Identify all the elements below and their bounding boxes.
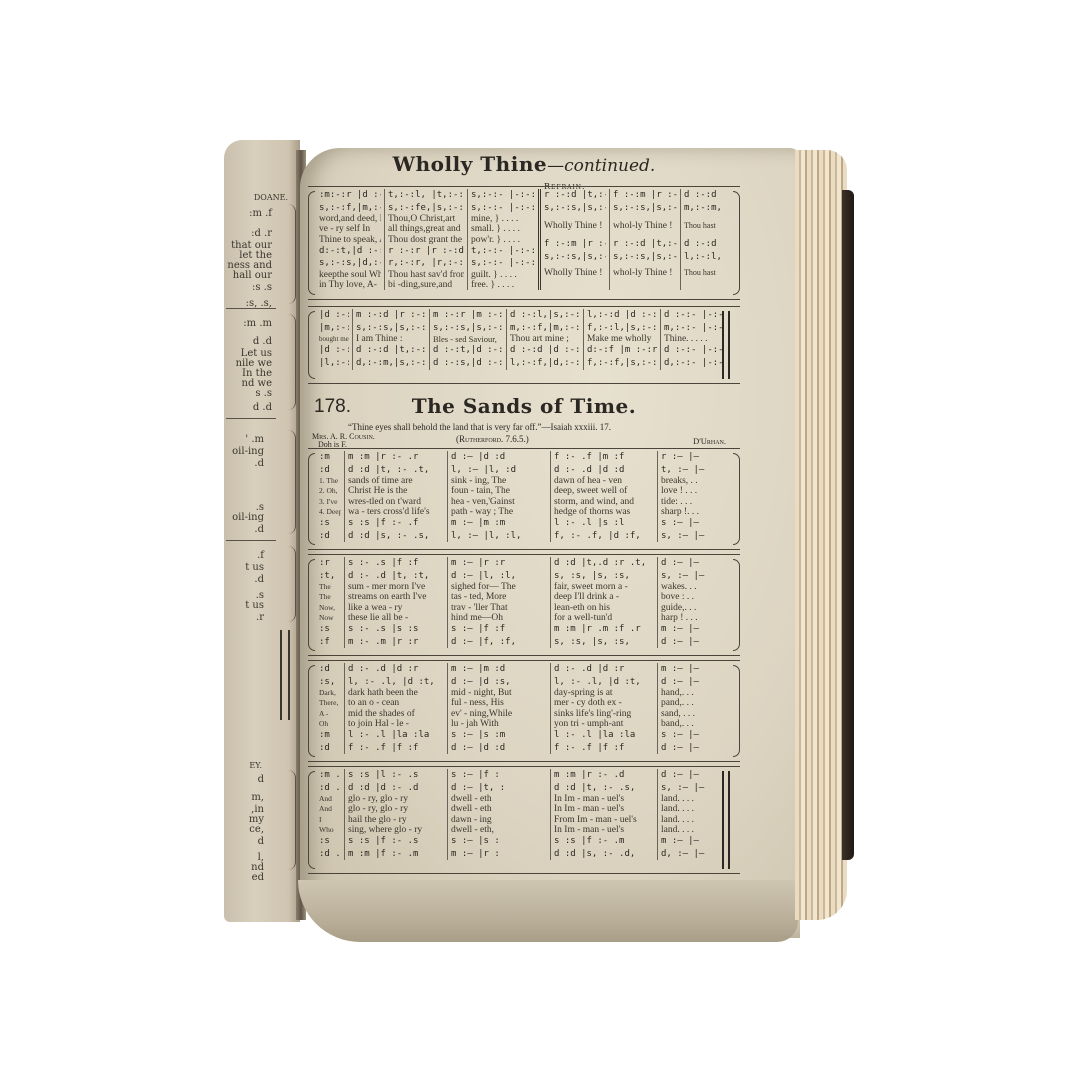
solfa-line: m,:-:- |-:-:- [664, 322, 724, 335]
solfa-line: s :— |— [661, 729, 723, 742]
lyric-line: Oh [319, 719, 341, 729]
lyric-line: deep, sweet well of [554, 486, 654, 496]
solfa-line: s,:-:s,|s,:-:- [544, 202, 606, 215]
solfa-line: d :— |d :d [451, 742, 547, 755]
lyric-line: foun - tain, The [451, 486, 547, 496]
solfa-line: f, :- .f, |d :f, [554, 530, 654, 543]
solfa-line: s, :s, |s, :s, [554, 570, 654, 583]
lyric-line: guilt. } . . . . [471, 270, 535, 280]
solfa-line: d :-:- |-:-:- [664, 344, 724, 357]
solfa-line: f :- .f |f :f [348, 742, 444, 755]
lyric-line: mer - cy doth ex - [554, 698, 654, 708]
solfa-line: f,:-:f,|s,:-:s, [587, 357, 657, 370]
left-line: m, [251, 792, 264, 803]
solfa-line: d :-:t,|d :-:t, [433, 344, 503, 357]
solfa-line: l,:-:d |d :-:t, [587, 309, 657, 322]
solfa-line: d :- .d |d :r [348, 663, 444, 676]
solfa-line: d :- .d |t, :t, [348, 570, 444, 583]
lyric-line: dwell - eth, [451, 825, 547, 835]
continued-title-row: Wholly Thine—continued. [308, 152, 740, 186]
lyric-line: 3. I've [319, 497, 341, 507]
lyric-line: land. . . . [661, 815, 715, 825]
lyric-line: In Im - man - uel's [554, 794, 654, 804]
lyric-line: sand, . . . [661, 709, 723, 719]
solfa-line: s :— |f : [451, 769, 547, 782]
lyric-line: small. } . . . . [471, 224, 535, 234]
book-cover-edge [842, 190, 854, 860]
solfa-line: :d .r [319, 848, 341, 861]
lyric-line: dwell - eth [451, 794, 547, 804]
lyric-line: in Thy love, A- [319, 280, 381, 290]
measure-column: d :— |d :d l, :— |l, :d sink - ing, The … [448, 451, 551, 542]
lyric-line: mine, } . . . . [471, 214, 535, 224]
solfa-line: s :— |s :m [451, 729, 547, 742]
solfa-line: d:-:f |m :-:r [587, 344, 657, 357]
brace-right [733, 559, 740, 651]
left-composer: DOANE. [254, 192, 288, 203]
solfa-line: s,:-:fe,|s,:-:fe, [388, 202, 464, 215]
lyric-line: land. . . . [661, 794, 715, 804]
left-line: d .d [253, 402, 272, 413]
lyric-line: Dark, [319, 688, 341, 698]
lyric-line: love ! . . . [661, 486, 723, 496]
lyric-line: hea - ven,'Gainst [451, 497, 547, 507]
solfa-line: m :m |r :- .d [554, 769, 654, 782]
measure-column: d :-:l,|s,:-:- m,:-:f,|m,:-:- Thou art m… [507, 309, 584, 370]
solfa-line: |d :-:r [319, 309, 349, 322]
lyric-line: mid the shades of [348, 709, 444, 719]
solfa-line: t,:-:l, |t,:-:l, [388, 189, 464, 202]
continued-suffix: —continued. [547, 156, 655, 176]
solfa-line: s,:-:s,|s,:-:- [356, 322, 426, 335]
solfa-line: l :- .l |la :la [554, 729, 654, 742]
solfa-line: f :- .f |m :f [554, 451, 654, 464]
lyric-line: ful - ness, His [451, 698, 547, 708]
lyric-line: to join Hal - le - [348, 719, 444, 729]
solfa-line: f :-:m |r :-:- [613, 189, 677, 202]
score-system-178-2: :r :t, The The Now, Now :s :f s :- .s |f… [308, 554, 740, 656]
solfa-line: d :d |t,.d :r .t, [554, 557, 654, 570]
lyric-line: guide,. . . [661, 603, 723, 613]
solfa-line: d :-:- |-:-:- [664, 309, 724, 322]
lyric-line: 2. Oh, [319, 486, 341, 496]
solfa-line: :d [319, 464, 341, 477]
lyric-line: Thou dost grant the [388, 235, 464, 245]
continued-title: Wholly Thine [393, 152, 547, 176]
solfa-line: m :— |m :d [451, 663, 547, 676]
solfa-line: d :d |t, :- .s, [554, 782, 654, 795]
solfa-line: d,:-:m,|s,:-:- [356, 357, 426, 370]
solfa-line: :t, [319, 570, 341, 583]
measure-column: f :-:m |r :-:- s,:-:s,|s,:-:f, whol-ly T… [610, 189, 681, 290]
lyric-line: tas - ted, More [451, 592, 547, 602]
measure-column: m :— |r :r d :— |l, :l, sighed for— The … [448, 557, 551, 648]
lyric-line: Thou hast [684, 263, 724, 283]
final-barline [722, 311, 730, 379]
solfa-line: s :— |f :f [451, 623, 547, 636]
solfa-line: m :m |f :- .m [348, 848, 444, 861]
lyric-line: hedge of thorns was [554, 507, 654, 517]
measure-column: m :-:r |m :-:r s,:-:s,|s,:-:f, Bles - se… [430, 309, 507, 370]
measure-column: :r :t, The The Now, Now :s :f [316, 557, 345, 648]
lyric-line: keepthe soul Which [319, 270, 381, 280]
lyric-line: whol-ly Thine ! [613, 263, 677, 283]
solfa-line: l, :- .l, |d :t, [348, 676, 444, 689]
system-grid: :r :t, The The Now, Now :s :f s :- .s |f… [308, 555, 740, 650]
lyric-line: dark hath been the [348, 688, 444, 698]
measure-column: m :— |— d :— |— hand,. . . pand,. . . sa… [658, 663, 726, 754]
lyric-line: sighed for— The [451, 582, 547, 592]
left-divider [226, 418, 276, 419]
measure-column: t,:-:l, |t,:-:l, s,:-:fe,|s,:-:fe, Thou,… [385, 189, 468, 290]
solfa-line: s :s |f :- .m [554, 835, 654, 848]
lyric-line: dawn - ing [451, 815, 547, 825]
lyric-line: tide: . . . [661, 497, 723, 507]
lyric-line: wa - ters cross'd life's [348, 507, 444, 517]
lyric-line: free. } . . . . [471, 280, 535, 290]
solfa-line: d :— |f, :f, [451, 636, 547, 649]
brace-right [733, 191, 740, 295]
system-grid: :d :s, Dark, There, A - Oh :m :d d :- .d… [308, 661, 740, 756]
solfa-line: :s [319, 623, 341, 636]
solfa-line: l :- .l |s :l [554, 517, 654, 530]
solfa-line: m :-:d |r :-:- [356, 309, 426, 322]
brace-left [308, 453, 315, 545]
lyric-line: band,. . . [661, 719, 723, 729]
lyric-line: And [319, 804, 341, 814]
solfa-line: :r [319, 557, 341, 570]
score-system-wholly-thine-1: :m:-:r |d :-:d s,:-:f,|m,:-:s, word,and … [308, 186, 740, 300]
solfa-line: :m [319, 451, 341, 464]
left-score-block-4 [259, 546, 296, 622]
lyric-line: 4. Deep [319, 507, 341, 517]
lyric-line: bought me, [319, 334, 349, 344]
solfa-line: s, :s, |s, :s, [554, 636, 654, 649]
solfa-line: d :- .d |d :r [554, 663, 654, 676]
left-line: :m .m [243, 318, 272, 329]
left-line: ed [252, 872, 264, 883]
brace-right [733, 665, 740, 757]
left-score-block-5 [259, 770, 296, 870]
measure-column: m :m |r :- .r d :d |t, :- .t, sands of t… [345, 451, 448, 542]
lyric-line: land. . . . [661, 804, 715, 814]
lyric-line: bi -ding,sure,and [388, 280, 464, 290]
solfa-line: s,:-:f,|m,:-:s, [319, 202, 381, 215]
solfa-line: m,:-:f,|m,:-:- [510, 322, 580, 335]
lyric-line: lu - jah With [451, 719, 547, 729]
solfa-line: s,:-:- |-:-:- [471, 189, 535, 202]
lyric-line: sands of time are [348, 476, 444, 486]
score-system-wholly-thine-2: |d :-:r |m,:-:s, bought me, |d :-:t, |l,… [308, 306, 740, 384]
measure-column: d :-:- |-:-:- m,:-:- |-:-:- Thine. . . .… [661, 309, 727, 370]
lyric-line: Who [319, 825, 341, 835]
lyric-line: yon tri - umph-ant [554, 719, 654, 729]
solfa-line: :f [319, 636, 341, 649]
measure-column: :d :s, Dark, There, A - Oh :m :d [316, 663, 345, 754]
brace-right [733, 453, 740, 545]
solfa-line: s, :— |— [661, 782, 715, 795]
solfa-line: :m:-:r |d :-:d [319, 189, 381, 202]
solfa-line: d :d |d :- .d [348, 782, 444, 795]
solfa-line: :d [319, 530, 341, 543]
lyric-line: Thou,O Christ,art [388, 214, 464, 224]
solfa-line: r :-:d |t,:-:- [544, 189, 606, 202]
solfa-line: l, :- .l, |d :t, [554, 676, 654, 689]
lyric-line: The [319, 582, 341, 592]
solfa-line: m :— |m :m [451, 517, 547, 530]
solfa-line: s,:-:- |-:-:- [471, 257, 535, 270]
left-score-block-3 [259, 430, 296, 534]
lyric-line: dwell - eth [451, 804, 547, 814]
solfa-line: l,:-:l, [684, 251, 724, 264]
lyric-line: Wholly Thine ! [544, 263, 606, 283]
lyric-line: whol-ly Thine ! [613, 214, 677, 238]
lyric-line: 1. The [319, 476, 341, 486]
lyric-line: Thou hast [684, 214, 724, 238]
lyric-line: path - way ; The [451, 507, 547, 517]
solfa-line: :s [319, 835, 341, 848]
measure-column: m :-:d |r :-:- s,:-:s,|s,:-:- I am Thine… [353, 309, 430, 370]
solfa-line: d :— |l, :l, [451, 570, 547, 583]
solfa-line: |m,:-:s, [319, 322, 349, 335]
lyric-line: day-spring is at [554, 688, 654, 698]
left-divider [226, 308, 276, 309]
solfa-line: d :-:d |d :-:- [510, 344, 580, 357]
lyric-line: Thine to speak, As [319, 235, 381, 245]
measure-column: d :-:d m,:-:m, Thou hast d :-:d l,:-:l, … [681, 189, 727, 290]
measure-column: m :— |m :d d :— |d :s, mid - night, But … [448, 663, 551, 754]
lyric-line: wres-tled on t'ward [348, 497, 444, 507]
measure-column: d :- .d |d :r l, :- .l, |d :t, dark hath… [345, 663, 448, 754]
score-system-178-1: :m :d 1. The 2. Oh, 3. I've 4. Deep :s :… [308, 448, 740, 550]
lyric-line: I am Thine : [356, 334, 426, 344]
lyric-line: sinks life's ling'-ring [554, 709, 654, 719]
lyric-line: for a well-tun'd [554, 613, 654, 623]
measure-column: d :— |— s, :— |— wakes. . . bove : . . g… [658, 557, 726, 648]
solfa-line: s :— |s : [451, 835, 547, 848]
left-line: hall our [233, 270, 272, 281]
measure-column: r :-:d |t,:-:- s,:-:s,|s,:-:- Wholly Thi… [541, 189, 610, 290]
system-grid: :m .f :d .t, And And I Who :s :d .r s :s… [308, 767, 740, 862]
lyric-line: In Im - man - uel's [554, 804, 654, 814]
lyric-line: wakes. . . [661, 582, 723, 592]
system-grid: |d :-:r |m,:-:s, bought me, |d :-:t, |l,… [308, 307, 740, 372]
solfa-line: d :-:d [684, 238, 724, 251]
solfa-line: s :s |l :- .s [348, 769, 444, 782]
solfa-line: m :— |r : [451, 848, 547, 861]
brace-left [308, 191, 315, 295]
lyric-line: mid - night, But [451, 688, 547, 698]
lyric-line: Bles - sed Saviour, [433, 334, 503, 344]
solfa-line: d :— |— [661, 636, 723, 649]
lyric-line: sharp !. . . [661, 507, 723, 517]
solfa-line: d :d |s, :- .d, [554, 848, 654, 861]
measure-column: r :— |— t, :— |— breaks, . . love ! . . … [658, 451, 726, 542]
lyric-line: storm, and wind, and [554, 497, 654, 507]
left-line: :s .s [252, 282, 272, 293]
lyric-line: bove : . . [661, 592, 723, 602]
solfa-line: d :- .d |d :d [554, 464, 654, 477]
solfa-line: :s, [319, 676, 341, 689]
solfa-line: d :— |— [661, 769, 715, 782]
tune-name: (Rutherford. 7.6.5.) [456, 434, 529, 444]
left-line: oil-ing [232, 446, 264, 457]
hymn-composer: D'Urhan. [693, 436, 726, 446]
solfa-line: s :— |— [661, 517, 723, 530]
solfa-line: s,:-:s,|s,:-:f, [613, 202, 677, 215]
hymn-title: The Sands of Time. [308, 394, 740, 418]
left-line: .d [254, 458, 264, 469]
solfa-line: d :-:s,|d :-:s, [433, 357, 503, 370]
solfa-line: m :— |— [661, 663, 723, 676]
solfa-line: m :— |— [661, 835, 715, 848]
solfa-line: |d :-:t, [319, 344, 349, 357]
solfa-line: s :- .s |s :s [348, 623, 444, 636]
left-page-fragment: DOANE. :m .f :d .r that our let the ness… [224, 190, 296, 890]
solfa-line: r :-:r |r :-:d [388, 245, 464, 258]
solfa-line: d,:-:- |-:-:- [664, 357, 724, 370]
solfa-line: s,:-:s,|s,:-:- [613, 251, 677, 264]
lyric-line: hail the glo - ry [348, 815, 444, 825]
solfa-line: f,:-:l,|s,:-:f, [587, 322, 657, 335]
score-system-178-3: :d :s, Dark, There, A - Oh :m :d d :- .d… [308, 660, 740, 762]
solfa-line: d :— |— [661, 676, 723, 689]
lyric-line: ve - ry self In [319, 224, 381, 234]
lyric-line: dawn of hea - ven [554, 476, 654, 486]
measure-column: |d :-:r |m,:-:s, bought me, |d :-:t, |l,… [316, 309, 353, 370]
left-line: .r [256, 612, 264, 623]
lyric-line: hand,. . . [661, 688, 723, 698]
solfa-line: d :d |s, :- .s, [348, 530, 444, 543]
solfa-line: s,:-:s,|d,:-:d, [319, 257, 381, 270]
solfa-line: f :-:m |r :-:- [544, 238, 606, 251]
measure-column: l,:-:d |d :-:t, f,:-:l,|s,:-:f, Make me … [584, 309, 661, 370]
score-system-178-4: :m .f :d .t, And And I Who :s :d .r s :s… [308, 766, 740, 874]
solfa-line: s :- .s |f :f [348, 557, 444, 570]
lyric-line: Now [319, 613, 341, 623]
lyric-line: Thou art mine ; [510, 334, 580, 344]
measure-column: :m .f :d .t, And And I Who :s :d .r [316, 769, 345, 860]
lyric-line: lean-eth on his [554, 603, 654, 613]
solfa-line: d :— |— [661, 742, 723, 755]
solfa-line: d :— |d :s, [451, 676, 547, 689]
lyric-line: There, [319, 698, 341, 708]
system-grid: :m:-:r |d :-:d s,:-:f,|m,:-:s, word,and … [308, 187, 740, 292]
page-bottom-curl [298, 880, 798, 942]
lyric-line: trav - 'ller That [451, 603, 547, 613]
solfa-line: s, :— |— [661, 570, 723, 583]
left-line: s .s [255, 388, 272, 399]
lyric-line: I [319, 815, 341, 825]
lyric-line: And [319, 794, 341, 804]
measure-column: d :d |t,.d :r .t, s, :s, |s, :s, fair, s… [551, 557, 658, 648]
lyric-line: Thine. . . . . [664, 334, 724, 344]
solfa-line: f :- .f |f :f [554, 742, 654, 755]
left-line: t us [245, 562, 264, 573]
measure-column: s :s |l :- .s d :d |d :- .d glo - ry, gl… [345, 769, 448, 860]
lyric-line: all things,great and [388, 224, 464, 234]
solfa-line: :d [319, 742, 341, 755]
left-line: d [258, 836, 264, 847]
left-final-bar [280, 630, 290, 720]
solfa-line: m :- .m |r :r [348, 636, 444, 649]
left-line: oil-ing [232, 512, 264, 523]
solfa-line: :m [319, 729, 341, 742]
measure-column: s :- .s |f :f d :- .d |t, :t, sum - mer … [345, 557, 448, 648]
solfa-line: d, :— |— [661, 848, 715, 861]
lyric-line: harp ! . . . [661, 613, 723, 623]
solfa-line: |l,:-:s, [319, 357, 349, 370]
final-barline [722, 771, 730, 869]
lyric-line: streams on earth I've [348, 592, 444, 602]
solfa-line: s :s |f :- .f [348, 517, 444, 530]
solfa-line: m :m |r .m :f .r [554, 623, 654, 636]
brace-left [308, 771, 315, 869]
measure-column: m :m |r :- .d d :d |t, :- .s, In Im - ma… [551, 769, 658, 860]
solfa-line: d :— |— [661, 557, 723, 570]
solfa-line: l,:-:f,|d,:-:- [510, 357, 580, 370]
brace-left [308, 559, 315, 651]
left-line: d [258, 774, 264, 785]
left-line: .d [254, 524, 264, 535]
solfa-line: d :d |t, :- .t, [348, 464, 444, 477]
lyric-line: ev' - ning,While [451, 709, 547, 719]
solfa-line: d :-:d |t,:-:- [356, 344, 426, 357]
lyric-line: deep I'll drink a - [554, 592, 654, 602]
solfa-line: r :-:d |t,:-:- [613, 238, 677, 251]
hymn-header: 178. The Sands of Time. “Thine eyes shal… [308, 392, 740, 448]
hymn-epigraph: “Thine eyes shall behold the land that i… [348, 422, 611, 432]
lyric-line: Now, [319, 603, 341, 613]
solfa-line: :s [319, 517, 341, 530]
solfa-line: t,:-:- |-:-:- [471, 245, 535, 258]
lyric-line: sing, where glo - ry [348, 825, 444, 835]
lyric-line: From Im - man - uel's [554, 815, 654, 825]
lyric-line: glo - ry, glo - ry [348, 794, 444, 804]
brace-left [308, 665, 315, 757]
left-line: ce, [249, 824, 264, 835]
lyric-line: In Im - man - uel's [554, 825, 654, 835]
system-grid: :m :d 1. The 2. Oh, 3. I've 4. Deep :s :… [308, 449, 740, 544]
lyric-line: A - [319, 709, 341, 719]
lyric-line: word,and deed, For [319, 214, 381, 224]
lyric-line: Wholly Thine ! [544, 214, 606, 238]
lyric-line: The [319, 592, 341, 602]
left-line: .f [257, 550, 264, 561]
page-edges [795, 150, 847, 920]
measure-column: s,:-:- |-:-:- s,:-:- |-:-:- mine, } . . … [468, 189, 541, 290]
solfa-line: m :— |— [661, 623, 723, 636]
measure-column: d :- .d |d :r l, :- .l, |d :t, day-sprin… [551, 663, 658, 754]
hymn-178-score: :m :d 1. The 2. Oh, 3. I've 4. Deep :s :… [308, 448, 740, 874]
lyric-line: glo - ry, glo - ry [348, 804, 444, 814]
left-line: ' .m [245, 434, 264, 445]
solfa-line: m :-:r |m :-:r [433, 309, 503, 322]
left-divider [226, 540, 276, 541]
lyric-line: sink - ing, The [451, 476, 547, 486]
lyric-line: Thou hast sav'd from [388, 270, 464, 280]
lyric-line: to an o - cean [348, 698, 444, 708]
left-line: d .d [253, 336, 272, 347]
solfa-line: :d .t, [319, 782, 341, 795]
lyric-line: like a wea - ry [348, 603, 444, 613]
lyric-line: land. . . . [661, 825, 715, 835]
measure-column: f :- .f |m :f d :- .d |d :d dawn of hea … [551, 451, 658, 542]
solfa-line: l, :— |l, :l, [451, 530, 547, 543]
solfa-line: m :— |r :r [451, 557, 547, 570]
solfa-line: d :— |t, : [451, 782, 547, 795]
solfa-line: r,:-:r, |r,:-:r, [388, 257, 464, 270]
